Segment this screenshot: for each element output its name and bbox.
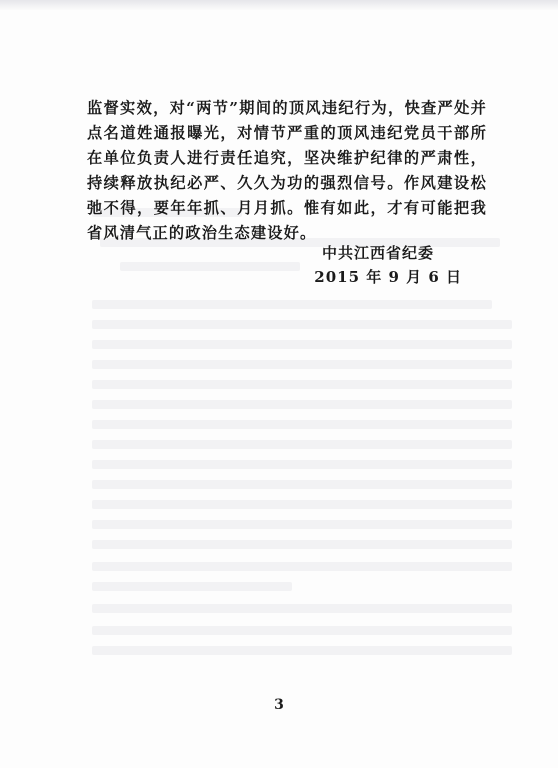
- scanned-page: 监督实效，对“两节”期间的顶风违纪行为，快查严处并点名道姓通报曝光，对情节严重的…: [0, 0, 558, 768]
- body-paragraph: 监督实效，对“两节”期间的顶风违纪行为，快查严处并点名道姓通报曝光，对情节严重的…: [87, 96, 487, 246]
- signature-date: 2015 年 9 月 6 日: [314, 265, 462, 289]
- signature-organization: 中共江西省纪委: [314, 241, 462, 265]
- scan-top-edge: [0, 0, 558, 10]
- page-number: 3: [0, 697, 558, 713]
- body-text: 监督实效，对“两节”期间的顶风违纪行为，快查严处并点名道姓通报曝光，对情节严重的…: [87, 96, 487, 246]
- signature-block: 中共江西省纪委 2015 年 9 月 6 日: [314, 241, 462, 289]
